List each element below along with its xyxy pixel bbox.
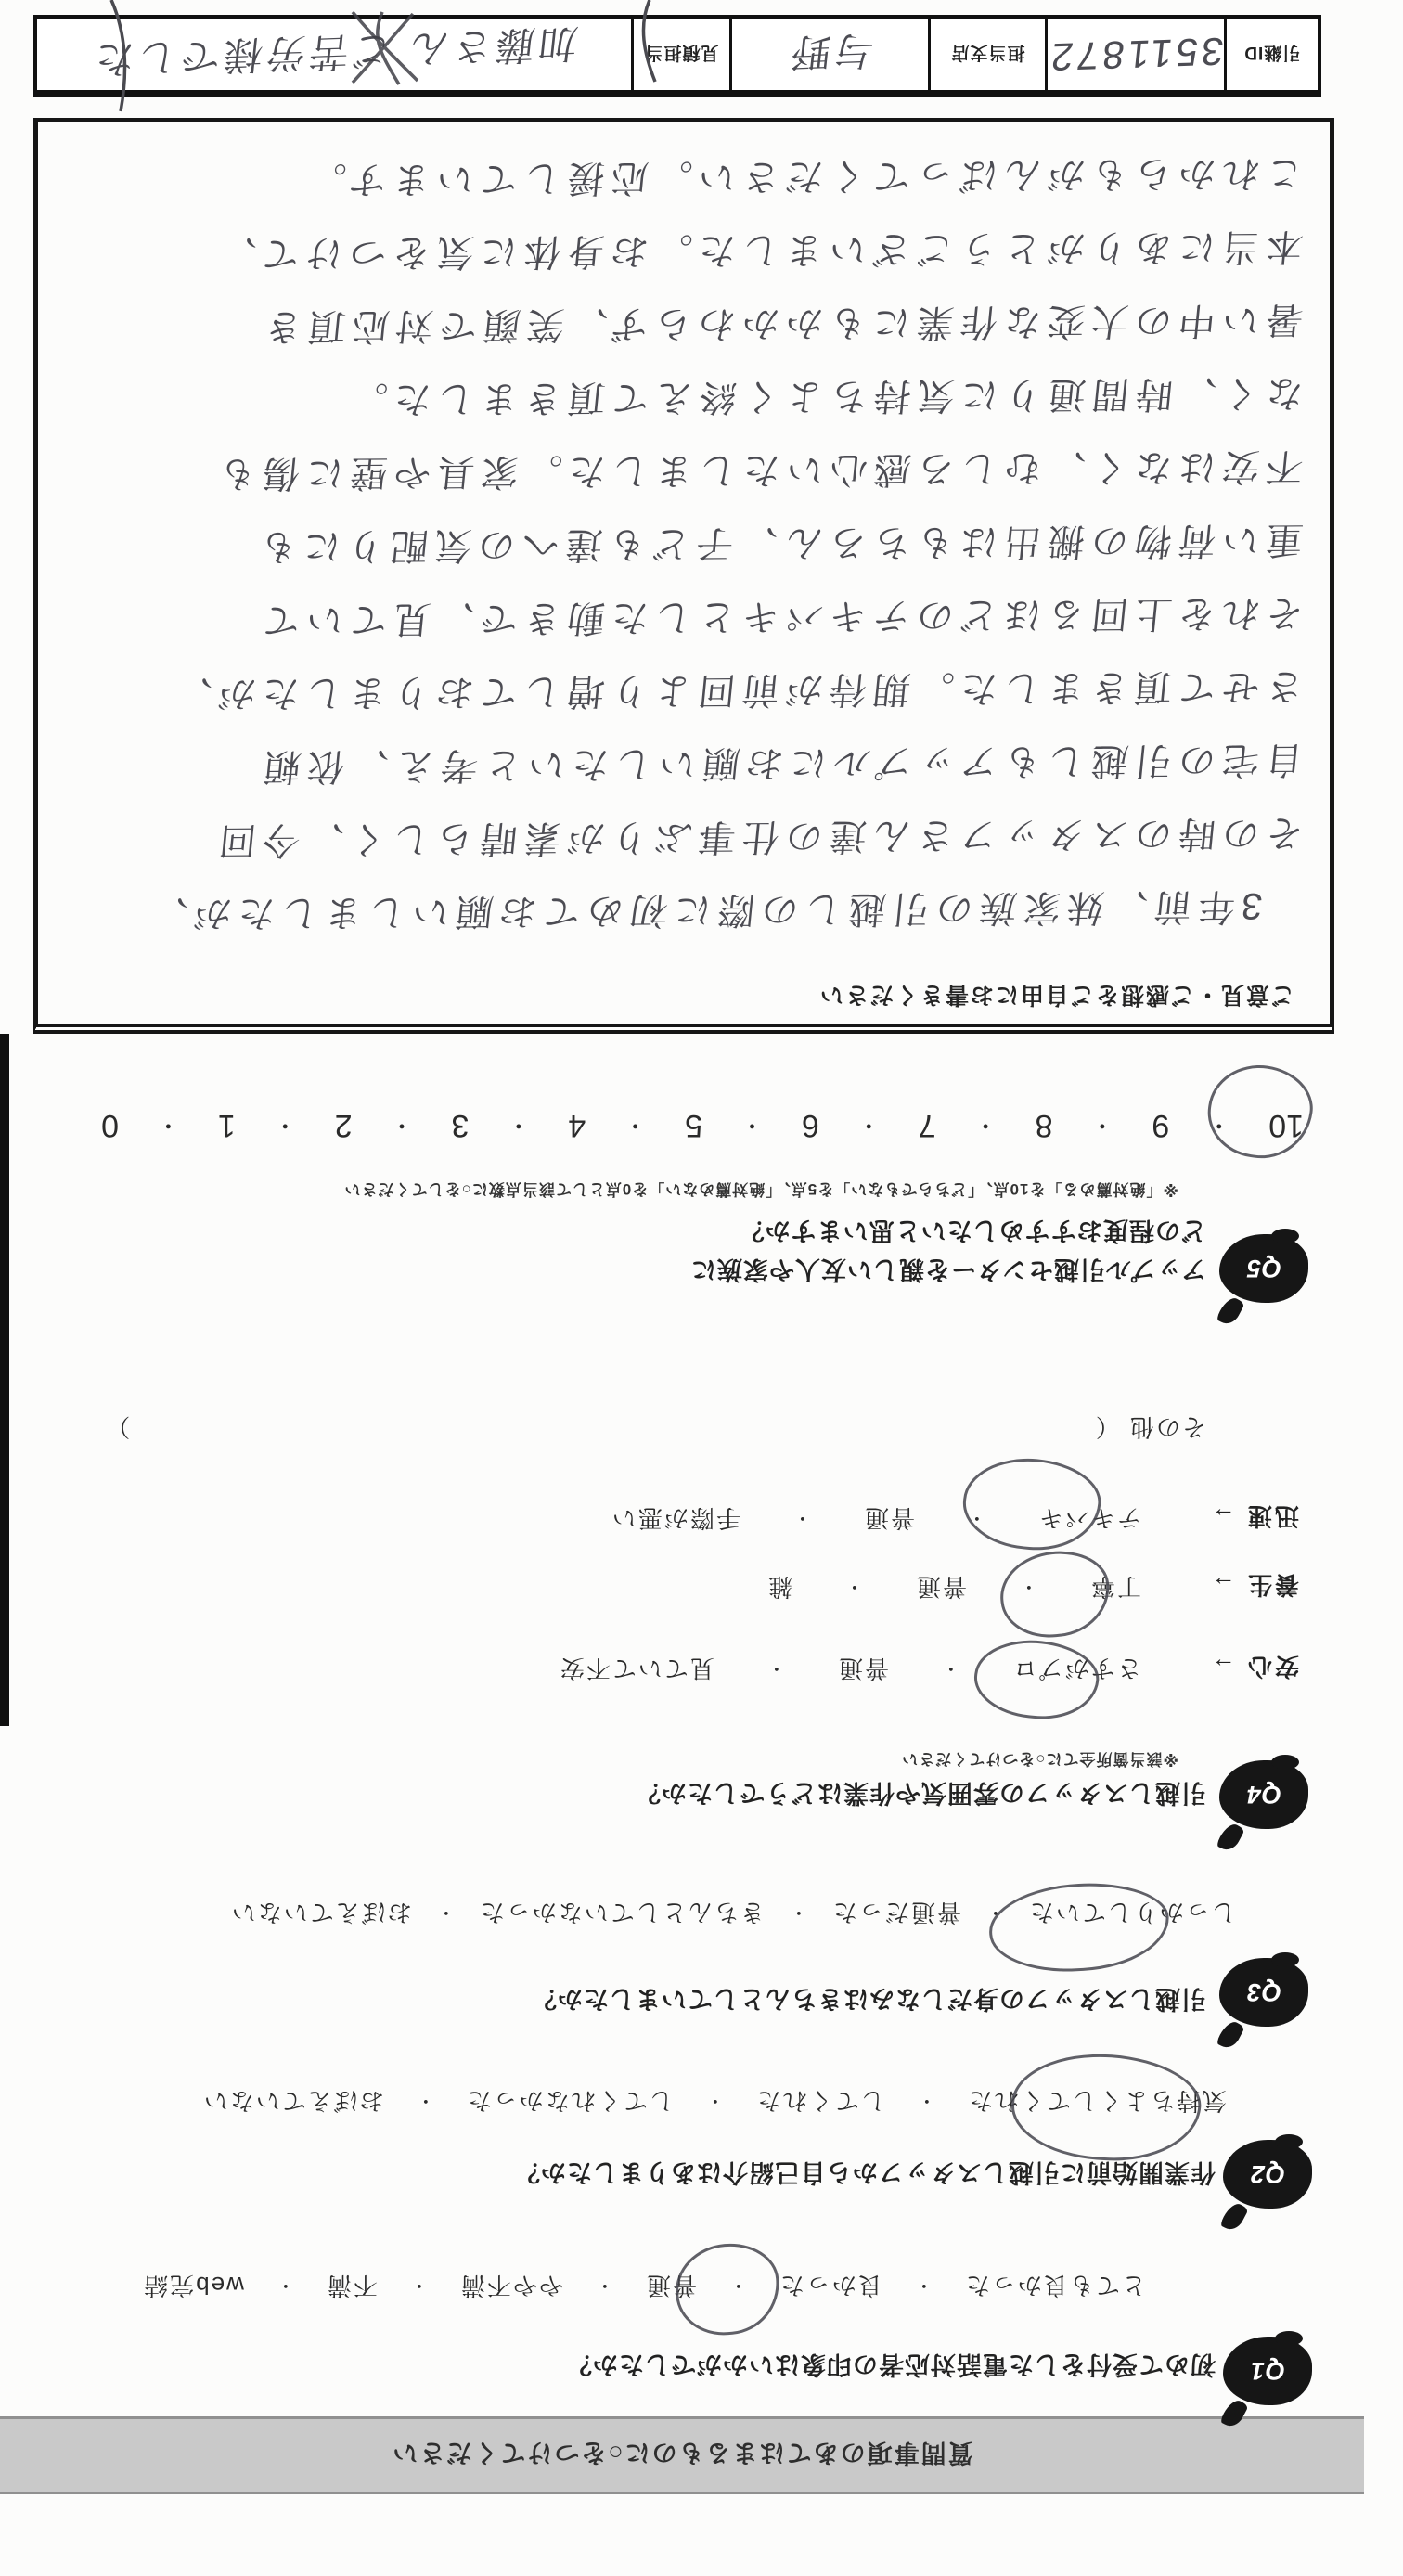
option-separator: ・: [624, 1110, 648, 1144]
instruction-banner-text: 質問事項のあてはまるものに○をつけてください: [391, 2438, 972, 2474]
scan-edge-artifact: [0, 1034, 9, 1726]
option: 5: [685, 1107, 702, 1143]
q3-title: 引越しスタッフの身だしなみはきちんとしていましたか？: [531, 1983, 1206, 2019]
estimator-label: 見積担当: [644, 42, 718, 67]
option-separator: ・: [1090, 1110, 1114, 1144]
option-separator: ・: [594, 2273, 614, 2301]
option-separator: ・: [843, 1575, 864, 1603]
survey-document-rotated-180: 質問事項のあてはまるものに○をつけてください Q1 初めて受付をした電話対応者の…: [0, 0, 1403, 2576]
option: 3: [451, 1107, 469, 1143]
option: 普通: [863, 1504, 915, 1532]
q4-row1-label: 安心 →: [1209, 1651, 1299, 1685]
q5-badge-label: Q5: [1246, 1255, 1281, 1283]
pen-circle-q1: [672, 2239, 783, 2338]
q5-note: ※「絶対薦める」を10点、「どちらでもない」を5点、「絶対薦めない」を0点として…: [344, 1179, 1178, 1203]
option-separator: ・: [273, 1110, 297, 1144]
option: 7: [919, 1107, 936, 1143]
free-comment-box: [33, 118, 1334, 1034]
option-separator: ・: [275, 2273, 295, 2301]
option: してくれた: [755, 2087, 885, 2115]
pen-circle-q5-score10: [1203, 1059, 1319, 1166]
q3-badge-icon: Q3: [1219, 1958, 1308, 2027]
branch-label: 担当支店: [951, 42, 1025, 67]
q1-options: とても良かった・良かった・普通・やや不満・不満・web完結: [142, 2270, 1146, 2304]
q4-title: 引越しスタッフの雰囲気や作業はどうでしたか？: [635, 1777, 1206, 1813]
q4-note: ※該当箇所全てに○をつけてください: [901, 1749, 1178, 1772]
q2-title: 作業開始前に引越しスタッフから自己紹介はありましたか？: [514, 2157, 1216, 2193]
q4-other-open-paren: （: [1094, 1413, 1120, 1441]
branch-value-handwritten: 与野: [784, 25, 876, 84]
q5-badge-icon: Q5: [1219, 1234, 1308, 1303]
option: 手際が悪い: [611, 1504, 740, 1532]
staff-table: 引継ID 3511872 担当支店 与野 見積担当 加藤さん ご苦労様でした: [33, 15, 1321, 97]
staff-table-branch-value-cell: 与野: [729, 19, 929, 90]
q1-badge-icon: Q1: [1223, 2337, 1312, 2405]
staff-table-id-label-cell: 引継ID: [1224, 19, 1318, 90]
q4-row3-label: 迅速 →: [1209, 1501, 1299, 1535]
option-separator: ・: [156, 1110, 180, 1144]
option: してくれなかった: [466, 2087, 674, 2115]
option: とても良かった: [964, 2272, 1146, 2299]
estimator-value-handwritten: 加藤さん ご苦労様でした: [88, 18, 580, 90]
q4-other-row: その他 （ ）: [104, 1411, 1206, 1446]
q4-badge-icon: Q4: [1219, 1760, 1308, 1829]
option-separator: ・: [415, 2089, 435, 2117]
option-separator: ・: [408, 2273, 429, 2301]
pen-circle-q2: [1008, 2048, 1203, 2167]
option: 0: [101, 1107, 119, 1143]
option-separator: ・: [507, 1110, 531, 1144]
option: 普通: [915, 1573, 967, 1601]
option: 6: [802, 1107, 819, 1143]
id-value-handwritten: 3511872: [1045, 29, 1225, 80]
staff-table-estimator-label-cell: 見積担当: [631, 19, 728, 90]
option: やや不満: [459, 2272, 563, 2299]
option-separator: ・: [740, 1110, 764, 1144]
staff-table-estimator-value-cell: 加藤さん ご苦労様でした: [37, 19, 631, 90]
pen-circle-q4-anshin: [971, 1634, 1102, 1725]
option-separator: ・: [788, 1900, 808, 1928]
staff-table-id-value-cell: 3511872: [1045, 19, 1224, 90]
q1-title: 初めて受付をした電話対応者の印象はいかがでしたか？: [566, 2349, 1216, 2385]
staff-table-branch-label-cell: 担当支店: [928, 19, 1044, 90]
option-separator: ・: [856, 1110, 881, 1144]
q2-badge-icon: Q2: [1223, 2140, 1312, 2209]
q5-title-line1: アップル引越センターを親しい友人や家族に: [690, 1254, 1206, 1290]
option: 良かった: [779, 2272, 882, 2299]
q2-badge-label: Q2: [1250, 2160, 1285, 2189]
option-separator: ・: [766, 1656, 786, 1684]
option-separator: ・: [913, 2273, 933, 2301]
option-separator: ・: [916, 2089, 936, 2117]
option: おぼえていない: [202, 2087, 384, 2115]
option: 雑: [766, 1573, 792, 1601]
q3-badge-label: Q3: [1246, 1978, 1281, 2007]
pen-circle-q4-jinsoku: [959, 1453, 1104, 1556]
option: 8: [1036, 1107, 1053, 1143]
q5-nps-scale: 10・9・8・7・6・5・4・3・2・1・0: [101, 1107, 1304, 1143]
option-separator: ・: [390, 1110, 414, 1144]
option: 普通: [837, 1655, 889, 1682]
q4-other-label: その他: [1128, 1413, 1206, 1441]
option-separator: ・: [704, 2089, 725, 2117]
pen-circle-q3: [987, 1879, 1172, 1976]
option: 普通だった: [831, 1899, 961, 1926]
option: 4: [568, 1107, 586, 1143]
free-comment-header: ご意見・ご感想をご自由にお書きください: [818, 980, 1294, 1013]
q1-badge-label: Q1: [1250, 2357, 1285, 2386]
option: おぼえていない: [230, 1899, 412, 1926]
option: 不満: [326, 2272, 378, 2299]
id-label: 引継ID: [1243, 42, 1300, 67]
instruction-banner: 質問事項のあてはまるものに○をつけてください: [0, 2416, 1364, 2494]
option: きちんとしていなかった: [479, 1899, 765, 1926]
option-separator: ・: [940, 1656, 960, 1684]
option: 2: [335, 1107, 353, 1143]
option: 見ていて不安: [559, 1655, 714, 1682]
option-separator: ・: [792, 1506, 812, 1534]
q4-badge-label: Q4: [1246, 1781, 1281, 1810]
option: 9: [1152, 1107, 1169, 1143]
option: web完結: [142, 2272, 244, 2299]
q4-other-close-paren: ）: [104, 1413, 130, 1441]
option-separator: ・: [973, 1110, 998, 1144]
option-separator: ・: [435, 1900, 456, 1928]
scanned-survey-page: 質問事項のあてはまるものに○をつけてください Q1 初めて受付をした電話対応者の…: [0, 0, 1403, 2576]
q5-title-line2: どの程度おすすめしたいと思いますか？: [739, 1215, 1206, 1251]
q4-row2-label: 養生 →: [1209, 1569, 1299, 1604]
pen-circle-q4-yojo: [997, 1546, 1114, 1642]
option: 1: [218, 1107, 236, 1143]
